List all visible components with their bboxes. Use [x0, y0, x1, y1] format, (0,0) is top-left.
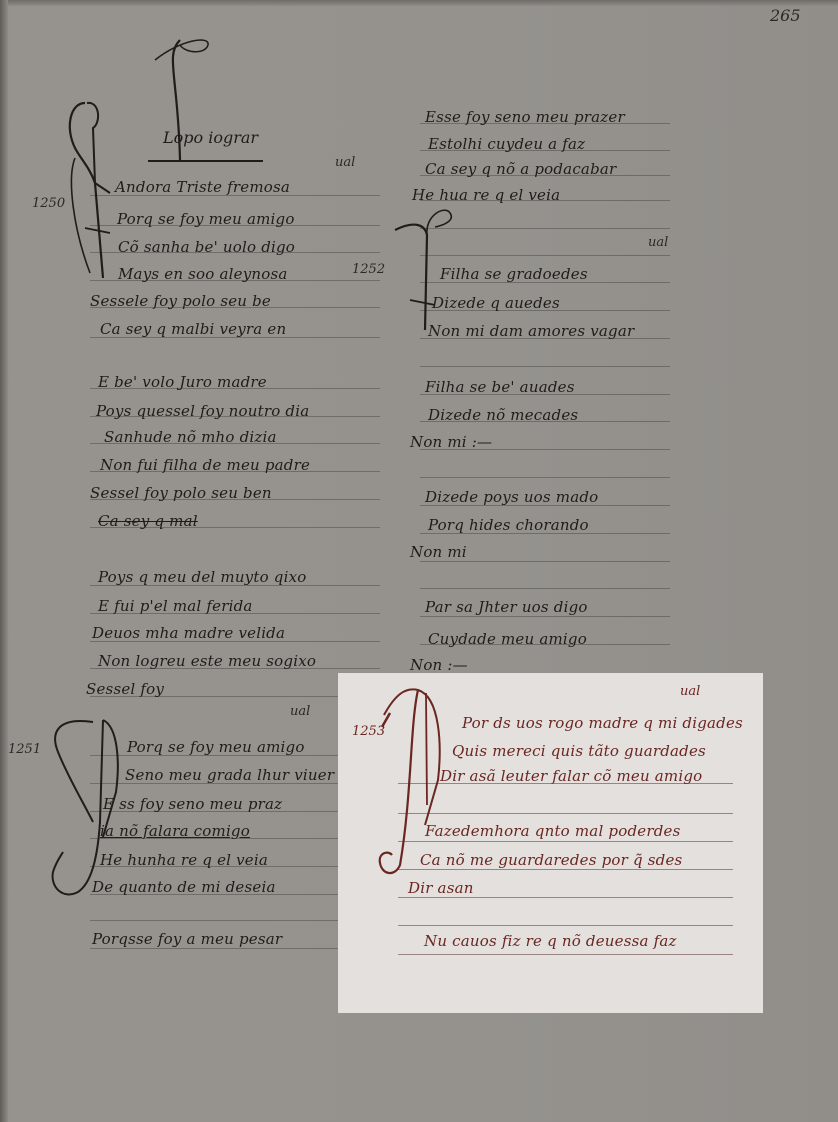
margin-note-ual: ual	[335, 155, 355, 170]
poet-title: Lopo iograr	[163, 128, 258, 147]
verse-refrain-struck: Ca sey q mal	[98, 512, 198, 530]
verse-refrain: Non mi dam amores vagar	[428, 322, 634, 340]
verse-line: Porqsse foy a meu pesar	[92, 930, 282, 948]
verse-line: Estolhi cuydeu a faz	[428, 135, 585, 153]
page-binding-edge	[0, 0, 8, 1122]
verse-line: Mays en soo aleynosa	[118, 265, 288, 283]
margin-note-red-ual: ual	[680, 684, 700, 699]
verse-refrain: Dir asan	[408, 879, 474, 897]
verse-line: He hunha re q el veia	[100, 851, 268, 869]
margin-number-1251: 1251	[8, 742, 41, 757]
margin-note-right: ual	[648, 235, 668, 250]
verse-line: Ca sey q nõ a podacabar	[425, 160, 616, 178]
page-top-edge	[0, 0, 838, 6]
verse-line: He hua re q el veia	[412, 186, 560, 204]
verse-line: Poys quessel foy noutro dia	[96, 402, 309, 420]
verse-refrain: Sessele foy polo seu be	[90, 292, 271, 310]
title-underline	[148, 160, 263, 162]
verse-line: Nu cauos fiz re q nõ deuessa faz	[424, 932, 677, 950]
verse-refrain: Non mi	[410, 543, 467, 561]
margin-note-ual-2: ual	[290, 704, 310, 719]
verse-line: Par sa Jhter uos digo	[425, 598, 588, 616]
verse-line: E ss foy seno meu praz	[103, 795, 282, 813]
verse-line: Porq se foy meu amigo	[117, 210, 295, 228]
verse-line: Filha se gradoedes	[440, 265, 588, 283]
verse-line: Seno meu grada lhur viuer	[125, 766, 334, 784]
decorated-initial-a-icon	[65, 98, 115, 283]
verse-line: Dizede poys uos mado	[425, 488, 598, 506]
folio-number: 265	[770, 6, 801, 25]
verse-line: Ca nõ me guardaredes por q̃ sdes	[420, 851, 682, 869]
margin-number-1250: 1250	[32, 196, 65, 211]
margin-number-1252: 1252	[352, 262, 385, 277]
verse-line: Por ds uos rogo madre q mi digades	[462, 714, 743, 732]
verse-line: Fazedemhora qnto mal poderdes	[425, 822, 680, 840]
verse-refrain: Non mi :—	[410, 433, 492, 451]
verse-line: ia nõ falara comigo	[100, 822, 250, 840]
verse-refrain: Ca sey q malbi veyra en	[100, 320, 286, 338]
verse-line: Cuydade meu amigo	[428, 630, 587, 648]
verse-line: Dizede nõ mecades	[428, 406, 578, 424]
verse-line: Quis mereci quis tãto guardades	[452, 742, 706, 760]
verse-line: Dizede q auedes	[432, 294, 560, 312]
verse-line: Deuos mha madre velida	[92, 624, 285, 642]
verse-line: Andora Triste fremosa	[115, 178, 290, 196]
verse-line: Porq se foy meu amigo	[127, 738, 305, 756]
verse-line: Non logreu este meu sogixo	[98, 652, 316, 670]
verse-refrain: Non :—	[410, 656, 468, 674]
verse-line: Non fui filha de meu padre	[100, 456, 310, 474]
verse-refrain: Sessel foy polo seu ben	[90, 484, 272, 502]
verse-line: Sanhude nõ mho dizia	[104, 428, 277, 446]
verse-line: Esse foy seno meu prazer	[425, 108, 625, 126]
verse-line: E be' volo Juro madre	[98, 373, 267, 391]
verse-refrain: Sessel foy	[86, 680, 164, 698]
verse-line: Porq hides chorando	[428, 516, 589, 534]
verse-line: Filha se be' auades	[425, 378, 575, 396]
verse-line: Cõ sanha be' uolo digo	[118, 238, 295, 256]
verse-line: E fui p'el mal ferida	[98, 597, 253, 615]
manuscript-page: 265 Lopo iograr 1250 1251 1252 ual ual u…	[0, 0, 838, 1122]
verse-refrain: Dir asã leuter falar cõ meu amigo	[440, 767, 702, 785]
verse-line: Poys q meu del muyto qixo	[98, 568, 306, 586]
verse-line: De quanto de mi deseia	[92, 878, 276, 896]
